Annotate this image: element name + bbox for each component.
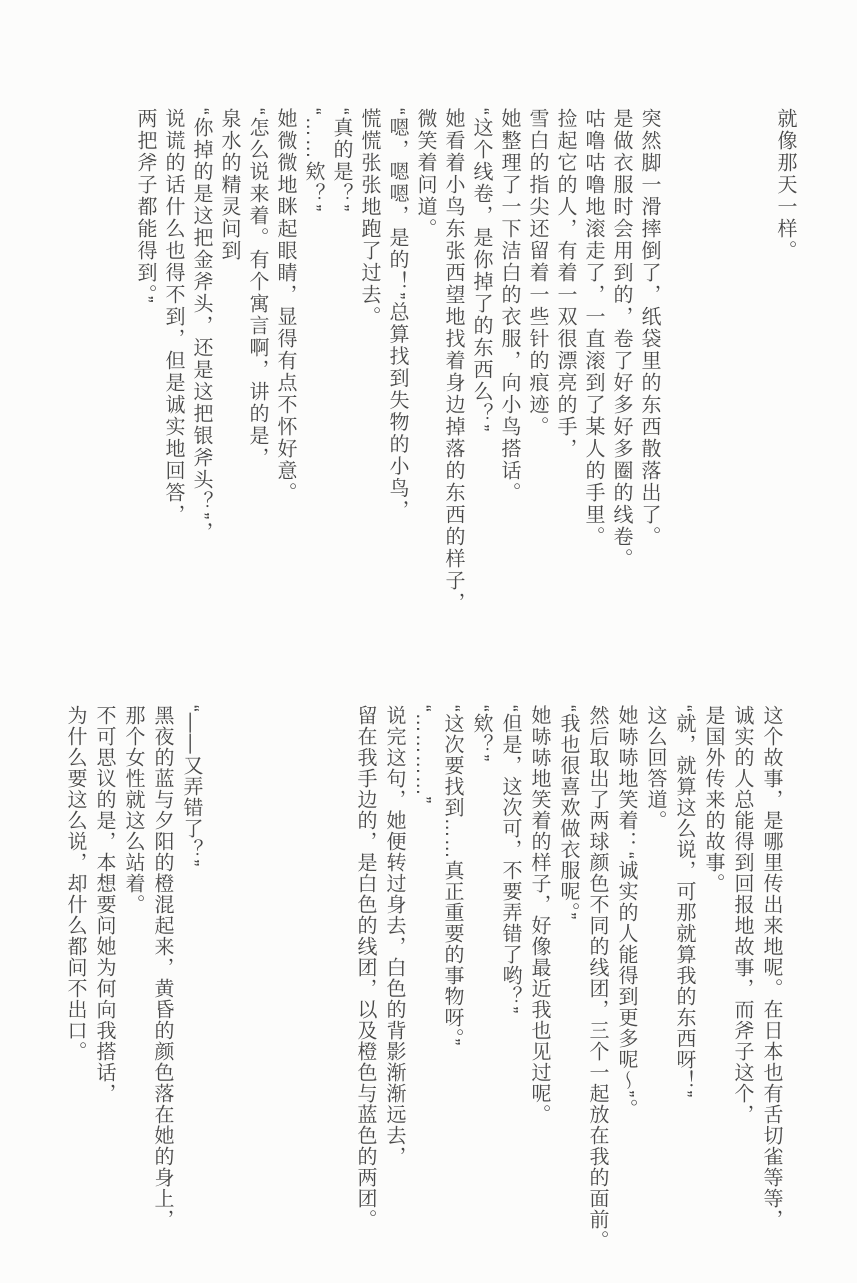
text-line: 她微微地眯起眼睛，显得有点不怀好意。 <box>271 108 299 668</box>
text-line: 微笑着问道。 <box>411 108 439 668</box>
opening-line: 就像那天一样。 <box>771 108 799 668</box>
text-line: 雪白的指尖还留着一些针的痕迹。 <box>523 108 551 668</box>
text-line: 泉水的精灵问到 <box>215 108 243 668</box>
text-line: “……欸？” <box>299 108 327 668</box>
text-line: 黑夜的蓝与夕阳的橙混起来，黄昏的颜色落在她的身上， <box>147 705 176 1280</box>
text-line: “欸？” <box>466 705 495 1280</box>
text-line: 两把斧子都能得到。” <box>131 108 159 668</box>
top-text-block: 就像那天一样。突然脚一滑摔倒了，纸袋里的东西散落出了。是做衣服时会用到的，卷了好… <box>0 108 857 668</box>
text-line: 诚实的人总能得到回报地故事，而斧子这个， <box>727 705 756 1280</box>
text-line: “就，就算这么说，可那就算我的东西呀！” <box>669 705 698 1280</box>
text-line: 她哧哧地笑着：“诚实的人能得到更多呢～”。 <box>611 705 640 1280</box>
text-line: “怎么说来着。有个寓言啊，讲的是， <box>243 108 271 668</box>
text-line <box>292 705 321 1280</box>
text-line: 突然脚一滑摔倒了，纸袋里的东西散落出了。 <box>635 108 663 668</box>
text-line: “…………” <box>408 705 437 1280</box>
text-line: “这次要找到……真正重要的事物呀。” <box>437 705 466 1280</box>
text-line <box>691 108 719 668</box>
text-line: 这么回答道。 <box>640 705 669 1280</box>
text-line: 捡起它的人，有着一双很漂亮的手， <box>551 108 579 668</box>
text-line: “嗯，嗯嗯，是的！”总算找到失物的小鸟， <box>383 108 411 668</box>
text-line: 说完这句，她便转过身去，白色的背影渐渐远去， <box>379 705 408 1280</box>
text-line: 说谎的话什么也得不到，但是诚实地回答， <box>159 108 187 668</box>
text-line: 为什么要这么说，却什么都问不出口。 <box>60 705 89 1280</box>
text-line: 慌慌张张地跑了过去。 <box>355 108 383 668</box>
text-line <box>205 705 234 1280</box>
text-line <box>663 108 691 668</box>
text-line: 是做衣服时会用到的，卷了好多好多圈的线卷。 <box>607 108 635 668</box>
text-line <box>321 705 350 1280</box>
bottom-text-block: 这个故事，是哪里传出来地呢。在日本也有舌切雀等等，诚实的人总能得到回报地故事，而… <box>0 705 857 1280</box>
text-line <box>234 705 263 1280</box>
text-line: 不可思议的是，本想要问她为何向我搭话， <box>89 705 118 1280</box>
text-line: 那个女性就这么站着。 <box>118 705 147 1280</box>
text-line: 她整理了一下洁白的衣服，向小鸟搭话。 <box>495 108 523 668</box>
text-line: “这个线卷，是你掉了的东西么？” <box>467 108 495 668</box>
text-line: “但是，这次可，不要弄错了哟？” <box>495 705 524 1280</box>
text-line: 咕噜咕噜地滚走了，一直滚到了某人的手里。 <box>579 108 607 668</box>
text-line <box>719 108 747 668</box>
text-line: “我也很喜欢做衣服呢。” <box>553 705 582 1280</box>
text-line: 留在我手边的，是白色的线团，以及橙色与蓝色的两团。 <box>350 705 379 1280</box>
novel-page: 就像那天一样。突然脚一滑摔倒了，纸袋里的东西散落出了。是做衣服时会用到的，卷了好… <box>0 0 857 1283</box>
text-line: “你掉的是这把金斧头，还是这把银斧头？”， <box>187 108 215 668</box>
text-line: “真的是？” <box>327 108 355 668</box>
text-line: 她哧哧地笑着的样子，好像最近我也见过呢。 <box>524 705 553 1280</box>
text-line: 她看着小鸟东张西望地找着身边掉落的东西的样子， <box>439 108 467 668</box>
text-line <box>263 705 292 1280</box>
text-line: 这个故事，是哪里传出来地呢。在日本也有舌切雀等等， <box>756 705 785 1280</box>
text-line: 然后取出了两球颜色不同的线团，三个一起放在我的面前。 <box>582 705 611 1280</box>
text-line: 是国外传来的故事。 <box>698 705 727 1280</box>
text-line: “——又弄错了？” <box>176 705 205 1280</box>
